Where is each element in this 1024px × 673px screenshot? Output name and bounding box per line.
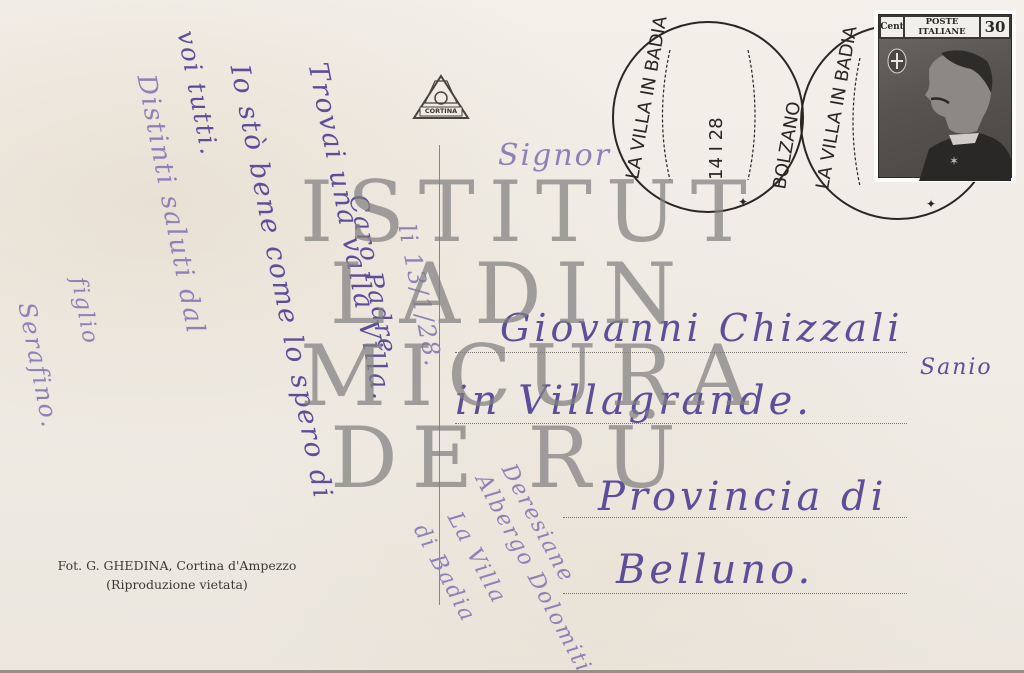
- svg-text:✦: ✦: [926, 197, 936, 211]
- king-portrait-stamp-icon: ✶: [879, 39, 1011, 181]
- address-line-4: [563, 593, 907, 594]
- logo-text: CORTINA: [421, 107, 461, 115]
- postmark-date: 14 I 28: [706, 117, 727, 180]
- caption-line-2: (Riproduzione vietata): [18, 575, 336, 594]
- message-address-divider: [439, 145, 440, 605]
- svg-text:✶: ✶: [949, 154, 959, 168]
- postmark-arc-text: LA VILLA IN BADIA: [622, 14, 671, 181]
- message-line-figlio: figlio: [65, 275, 103, 347]
- postcard-back: CORTINA Fot. G. GHEDINA, Cortina d'Ampez…: [0, 0, 1024, 673]
- address-name: Giovanni Chizzali: [500, 306, 903, 350]
- address-city: Belluno.: [616, 547, 814, 593]
- postmark-arc-text: LA VILLA IN BADIA: [812, 24, 861, 191]
- address-annotation: Sanio: [920, 355, 993, 380]
- stamp-unit: Cent: [881, 17, 903, 37]
- stamp-denomination: 30: [981, 17, 1009, 37]
- message-line-voi-tutti: voi tutti.: [172, 28, 225, 159]
- stamp-country-line-2: ITALIANE: [905, 28, 979, 38]
- postage-stamp: Cent POSTE ITALIANE 30 ✶: [874, 10, 1016, 182]
- message-line-serafino: Serafino.: [13, 300, 65, 431]
- address-province: Provincia di: [598, 474, 887, 520]
- address-salutation: Signor: [498, 138, 611, 173]
- stamp-country: POSTE ITALIANE: [905, 17, 979, 37]
- photographer-caption: Fot. G. GHEDINA, Cortina d'Ampezzo (Ripr…: [18, 556, 336, 594]
- svg-text:✦: ✦: [738, 195, 748, 209]
- address-line-1: [455, 352, 907, 353]
- caption-line-1: Fot. G. GHEDINA, Cortina d'Ampezzo: [18, 556, 336, 575]
- postmark-icon: LA VILLA IN BADIA BOLZANO 14 I 28 ✦: [610, 10, 810, 225]
- address-village: in Villagrande.: [455, 378, 813, 424]
